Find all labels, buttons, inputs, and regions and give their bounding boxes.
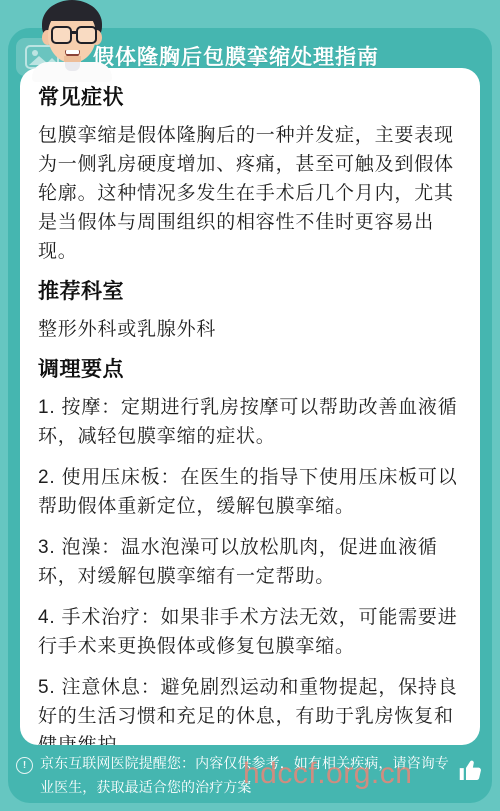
disclaimer-text: 京东互联网医院提醒您：内容仅供参考，如有相关疾病，请咨询专业医生，获取最适合您的…	[40, 751, 460, 799]
section-heading-care-points: 调理要点	[38, 356, 462, 384]
avatar-glasses-bridge	[70, 31, 76, 34]
care-point-item: 3. 泡澡：温水泡澡可以放松肌肉，促进血液循环，对缓解包膜挛缩有一定帮助。	[38, 533, 462, 591]
info-icon: !	[16, 757, 33, 774]
department-paragraph: 整形外科或乳腺外科	[38, 315, 462, 344]
content-frame: 假体隆胸后包膜挛缩处理指南 常见症状 包膜挛缩是假体隆胸后的一种并发症，主要表现…	[8, 28, 492, 803]
section-heading-department: 推荐科室	[38, 278, 462, 306]
care-point-item: 2. 使用压床板：在医生的指导下使用压床板可以帮助假体重新定位，缓解包膜挛缩。	[38, 463, 462, 521]
avatar-hair-fringe	[46, 4, 98, 21]
care-point-item: 4. 手术治疗：如果非手术方法无效，可能需要进行手术来更换假体或修复包膜挛缩。	[38, 603, 462, 661]
care-point-item: 5. 注意休息：避免剧烈运动和重物提起，保持良好的生活习惯和充足的休息，有助于乳…	[38, 673, 462, 745]
thumbs-up-glyph	[456, 755, 486, 785]
doctor-avatar	[26, 0, 118, 80]
care-point-item: 1. 按摩：定期进行乳房按摩可以帮助改善血液循环，减轻包膜挛缩的症状。	[38, 393, 462, 451]
thumbs-up-icon[interactable]	[456, 755, 486, 785]
avatar-teeth	[66, 50, 79, 54]
avatar-collar	[65, 62, 80, 71]
section-heading-symptoms: 常见症状	[38, 84, 462, 112]
symptoms-paragraph: 包膜挛缩是假体隆胸后的一种并发症，主要表现为一侧乳房硬度增加、疼痛，甚至可触及到…	[38, 121, 462, 266]
page: { "page": { "watermark": "hdccf.org.cn" …	[0, 0, 500, 811]
footer: ! 京东互联网医院提醒您：内容仅供参考，如有相关疾病，请咨询专业医生，获取最适合…	[8, 745, 492, 803]
avatar-glasses-lens	[51, 26, 72, 44]
avatar-glasses-lens	[76, 26, 97, 44]
content-card: 常见症状 包膜挛缩是假体隆胸后的一种并发症，主要表现为一侧乳房硬度增加、疼痛，甚…	[20, 68, 480, 745]
